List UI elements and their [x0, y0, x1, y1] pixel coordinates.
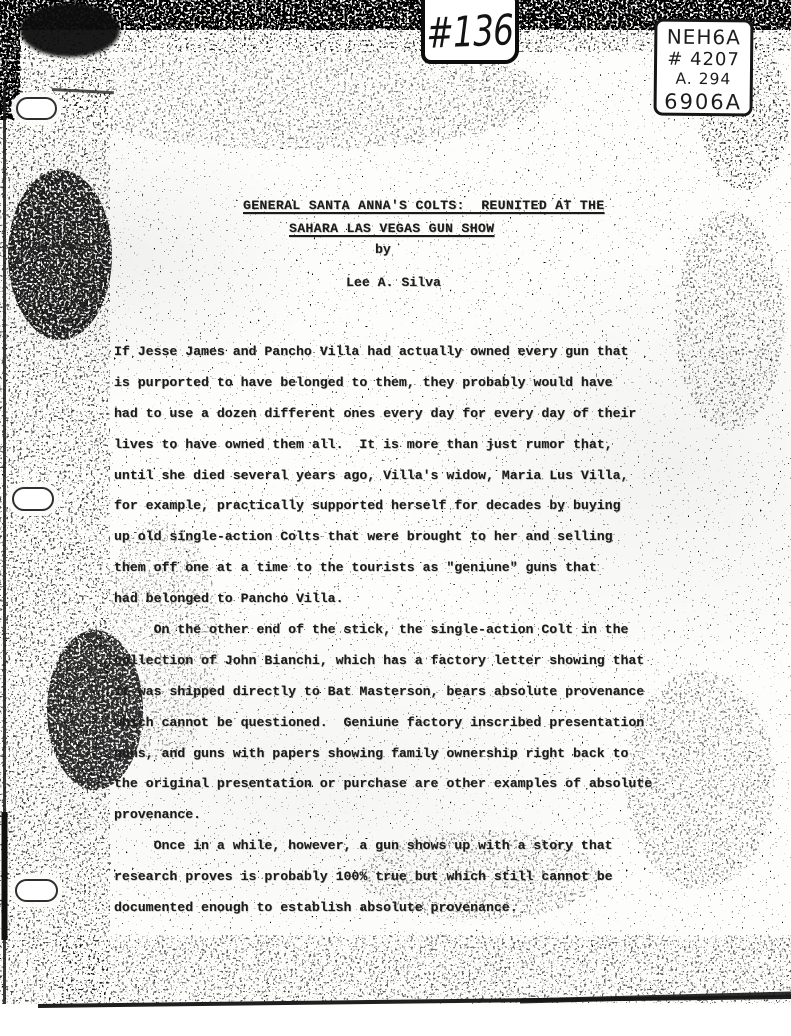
typed-line: Once in a while, however, a gun shows up… — [114, 831, 652, 862]
typed-line: collection of John Bianchi, which has a … — [114, 646, 652, 677]
hole-punch — [15, 879, 58, 902]
hole-punch — [16, 97, 57, 120]
typed-line: research proves is probably 100% true bu… — [114, 862, 652, 893]
catalog-stamp: NEH6A # 4207 A. 294 6906A — [653, 18, 753, 116]
document-title-line-1: GENERAL SANTA ANNA'S COLTS: REUNITED AT … — [243, 198, 604, 213]
byline-prefix: by — [375, 242, 391, 257]
typed-line: it was shipped directly to Bat Masterson… — [114, 677, 652, 708]
document-title-line-2: SAHARA LAS VEGAS GUN SHOW — [289, 221, 494, 236]
typed-line: guns, and guns with papers showing famil… — [114, 739, 652, 770]
catalog-line: # 4207 — [657, 49, 750, 71]
typed-line: for example, practically supported herse… — [114, 491, 652, 522]
typed-line: provenance. — [114, 800, 652, 831]
typed-line: documented enough to establish absolute … — [114, 893, 652, 924]
page-number-text: #136 — [426, 0, 514, 57]
document-body: If Jesse James and Pancho Villa had actu… — [114, 337, 652, 924]
typed-line: is purported to have belonged to them, t… — [114, 368, 652, 399]
catalog-line: A. 294 — [657, 70, 750, 90]
catalog-line: 6906A — [657, 89, 750, 116]
author-name: Lee A. Silva — [346, 275, 441, 290]
typed-line: the original presentation or purchase ar… — [114, 769, 652, 800]
page-number-stamp: #136 — [421, 0, 519, 64]
hole-punch — [12, 487, 54, 511]
typed-line: On the other end of the stick, the singl… — [114, 615, 652, 646]
scanned-document-page: #136 NEH6A # 4207 A. 294 6906A GENERAL S… — [0, 0, 791, 1036]
typed-line: them off one at a time to the tourists a… — [114, 553, 652, 584]
typed-line: lives to have owned them all. It is more… — [114, 430, 652, 461]
typed-line: had to use a dozen different ones every … — [114, 399, 652, 430]
typed-line: which cannot be questioned. Geniune fact… — [114, 708, 652, 739]
typed-line: up old single-action Colts that were bro… — [114, 522, 652, 553]
typed-line: had belonged to Pancho Villa. — [114, 584, 652, 615]
typed-line: until she died several years ago, Villa'… — [114, 461, 652, 492]
typed-line: If Jesse James and Pancho Villa had actu… — [114, 337, 652, 368]
catalog-line: NEH6A — [657, 26, 750, 50]
